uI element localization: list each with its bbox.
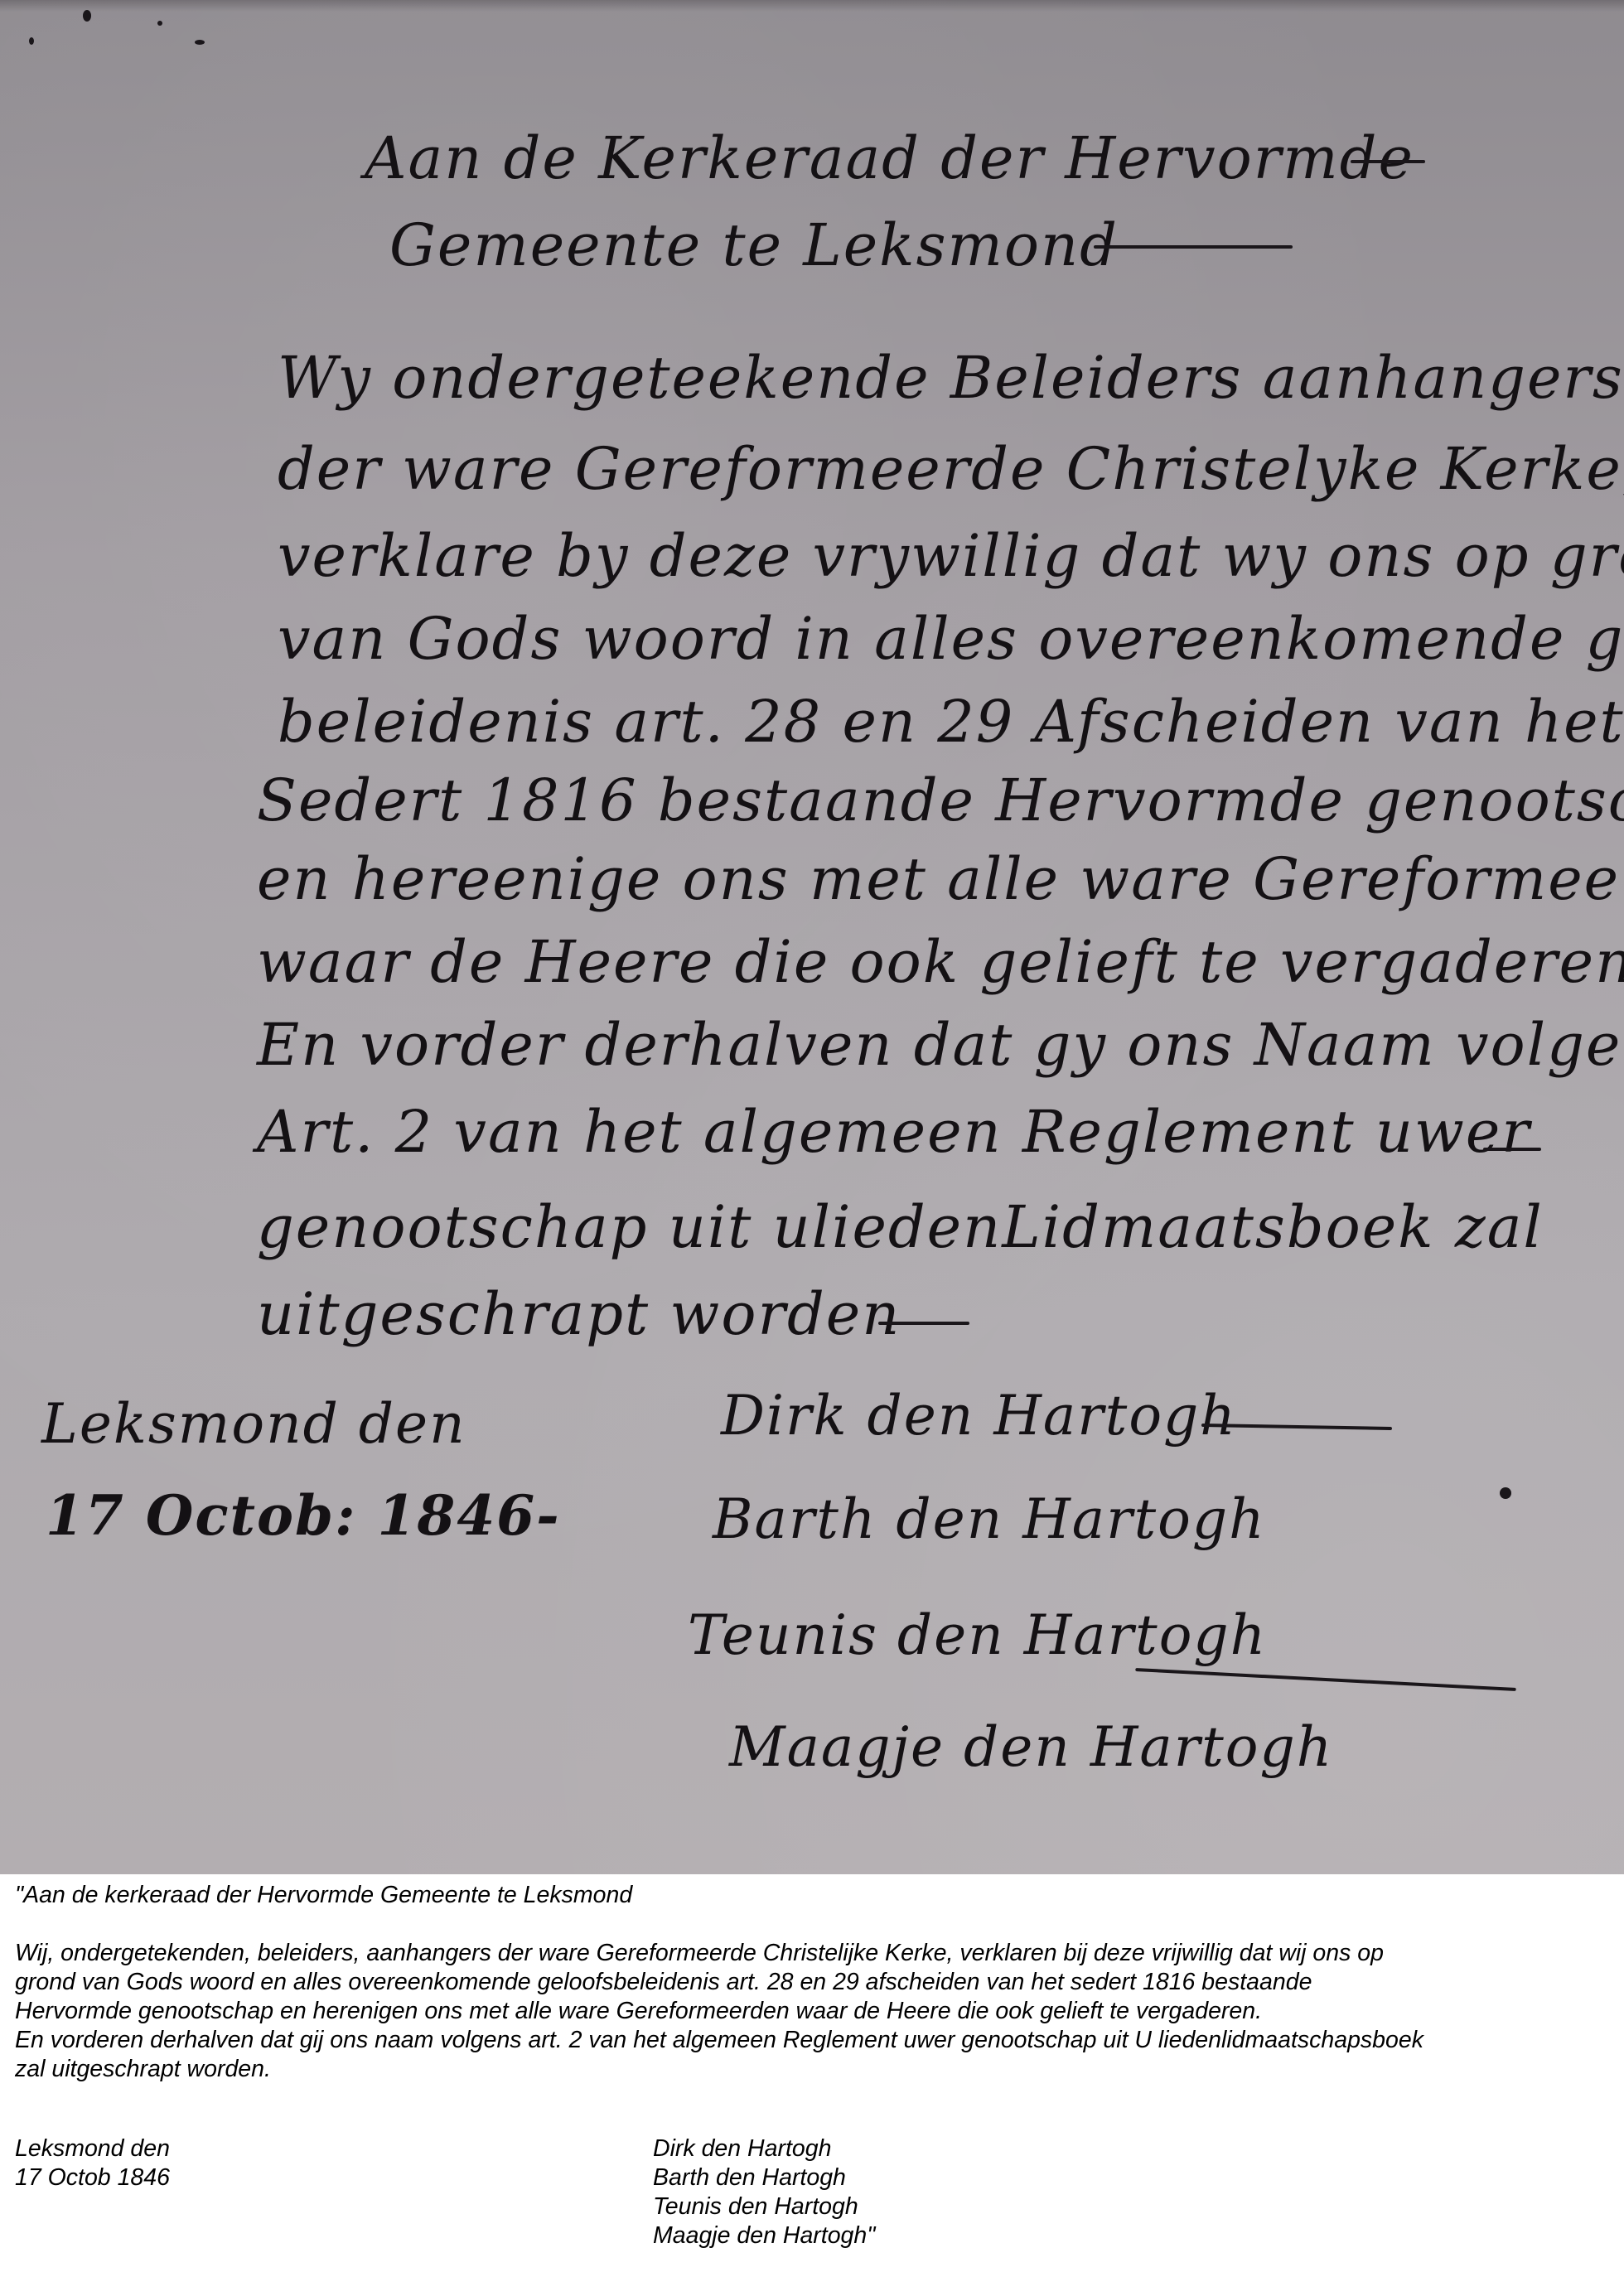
transcription: "Aan de kerkeraad der Hervormde Gemeente… [15, 1881, 1614, 2084]
manuscript-line-13: genootschap uit uliedenLidmaatsboek zal [257, 1193, 1544, 1261]
signatory: Maagje den Hartogh" [653, 2221, 875, 2250]
signatory: Barth den Hartogh [653, 2163, 875, 2192]
manuscript-line-6: van Gods woord in alles overeenkomende g… [278, 605, 1624, 673]
manuscript-place: Leksmond den [41, 1392, 466, 1456]
transcription-place: Leksmond den [15, 2134, 170, 2163]
ink-speck [157, 21, 162, 26]
manuscript-line-8: Sedert 1816 bestaande Hervormde genootsc… [257, 766, 1624, 834]
manuscript-line-9: en hereenige ons met alle ware Gereforme… [257, 845, 1624, 913]
signatory: Dirk den Hartogh [653, 2134, 875, 2163]
signature-4: Maagje den Hartogh [729, 1715, 1333, 1779]
manuscript-line-14: uitgeschrapt worden [257, 1280, 901, 1348]
signature-1: Dirk den Hartogh [721, 1384, 1237, 1448]
ink-speck [1500, 1487, 1511, 1499]
underline-rule [878, 1322, 969, 1325]
signatory: Teunis den Hartogh [653, 2192, 875, 2221]
ink-speck [195, 40, 205, 45]
transcription-line: En vorderen derhalven dat gij ons naam v… [15, 2026, 1614, 2055]
underline-rule [1094, 245, 1293, 249]
transcription-line: Wij, ondergetekenden, beleiders, aanhang… [15, 1939, 1614, 1968]
transcription-signatories: Dirk den Hartogh Barth den Hartogh Teuni… [653, 2134, 875, 2250]
manuscript-line-3: Wy ondergeteekende Beleiders aanhangers [278, 344, 1624, 412]
manuscript-line-7: beleidenis art. 28 en 29 Afscheiden van … [278, 688, 1624, 756]
ink-speck [83, 10, 91, 22]
underline-rule [1483, 1148, 1541, 1151]
transcription-line: Hervormde genootschap en herenigen ons m… [15, 1997, 1614, 2026]
manuscript-line-10: waar de Heere die ook gelieft te vergade… [257, 928, 1624, 996]
transcription-heading: "Aan de kerkeraad der Hervormde Gemeente… [15, 1881, 1614, 1910]
transcription-line: zal uitgeschrapt worden. [15, 2055, 1614, 2084]
manuscript-line-2: Gemeente te Leksmond [389, 211, 1119, 279]
manuscript-line-4: der ware Gereformeerde Christelyke Kerke… [278, 435, 1624, 503]
signature-3: Teunis den Hartogh [688, 1603, 1267, 1667]
manuscript-line-11: En vorder derhalven dat gy ons Naam volg… [257, 1011, 1624, 1079]
manuscript-line-12: Art. 2 van het algemeen Reglement uwer [257, 1098, 1531, 1166]
manuscript-date: 17 Octob: 1846- [46, 1483, 561, 1548]
manuscript-line-1: Aan de Kerkeraad der Hervormde [365, 124, 1414, 192]
transcription-line: grond van Gods woord en alles overeenkom… [15, 1968, 1614, 1997]
signature-flourish [1135, 1668, 1516, 1691]
signature-2: Barth den Hartogh [713, 1487, 1266, 1551]
ink-speck [29, 37, 34, 45]
underline-rule [1351, 160, 1425, 163]
transcription-place-date: Leksmond den 17 Octob 1846 [15, 2134, 170, 2192]
manuscript-photo: Aan de Kerkeraad der Hervormde Gemeente … [0, 0, 1624, 1874]
manuscript-line-5: verklare by deze vrywillig dat wy ons op… [278, 522, 1624, 590]
transcription-date: 17 Octob 1846 [15, 2163, 170, 2192]
